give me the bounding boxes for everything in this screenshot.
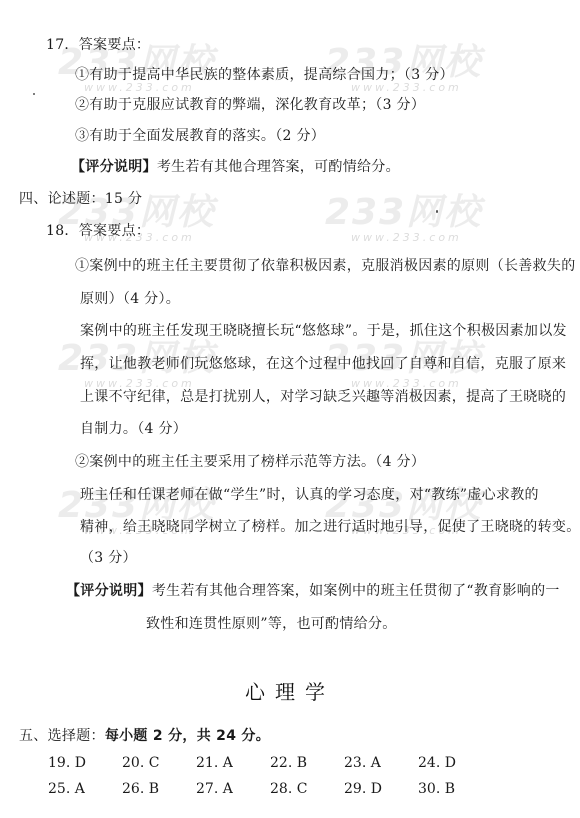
q17-point-3: ③有助于全面发展教育的落实。（2 分） bbox=[75, 127, 325, 145]
watermark-logo: 233网校 www.233.com bbox=[325, 194, 482, 244]
answer-choice: D bbox=[445, 755, 456, 771]
answer-item: 20. C bbox=[122, 754, 196, 780]
answer-item: 27. A bbox=[196, 780, 270, 806]
answer-item: 22. B bbox=[270, 754, 344, 780]
answer-number: 28. bbox=[270, 781, 292, 797]
section5-title: 五、选择题：每小题 2 分，共 24 分。 bbox=[19, 727, 270, 745]
section5-rule: 每小题 2 分，共 24 分。 bbox=[105, 728, 270, 744]
answer-item: 25. A bbox=[48, 780, 122, 806]
answer-item: 29. D bbox=[344, 780, 418, 806]
q18-scoring-note-cont: 致性和连贯性原则”等，也可酌情给分。 bbox=[146, 615, 397, 633]
q18-scoring-note: 【评分说明】考生若有其他合理答案，如案例中的班主任贯彻了“教育影响的一 bbox=[66, 582, 560, 600]
answer-choice: B bbox=[297, 755, 307, 771]
q18-explain-1-line-4: 自制力。（4 分） bbox=[80, 420, 187, 438]
answer-number: 30. bbox=[418, 781, 440, 797]
answer-number: 23. bbox=[344, 755, 366, 771]
answer-number: 27. bbox=[196, 781, 218, 797]
answer-number: 22. bbox=[270, 755, 292, 771]
q17-point-1: ①有助于提高中华民族的整体素质，提高综合国力；（3 分） bbox=[75, 66, 454, 84]
answer-number: 24. bbox=[418, 755, 440, 771]
q18-explain-2-line-2: 精神，给王晓晓同学树立了榜样。加之进行适时地引导，促使了王晓晓的转变。 bbox=[80, 518, 580, 536]
answer-choice: A bbox=[223, 781, 233, 797]
answer-item: 19. D bbox=[48, 754, 122, 780]
answer-number: 25. bbox=[48, 781, 70, 797]
answer-choice: D bbox=[75, 755, 86, 771]
q18-explain-2-line-3: （3 分） bbox=[80, 549, 137, 567]
q17-scoring-note: 【评分说明】考生若有其他合理答案，可酌情给分。 bbox=[71, 158, 400, 176]
answer-choice: C bbox=[149, 755, 160, 771]
answer-choice: A bbox=[371, 755, 381, 771]
answer-choice: C bbox=[297, 781, 308, 797]
answer-item: 28. C bbox=[270, 780, 344, 806]
answer-choice: B bbox=[149, 781, 159, 797]
section-heading-psychology: 心理学 bbox=[0, 676, 580, 705]
scan-speck bbox=[436, 210, 438, 213]
q18-explain-1-line-1: 案例中的班主任发现王晓晓擅长玩“悠悠球”。于是，抓住这个积极因素加以发 bbox=[80, 322, 567, 340]
q18-explain-1-line-3: 上课不守纪律，总是打扰别人，对学习缺乏兴趣等消极因素，提高了王晓晓的 bbox=[80, 388, 566, 406]
watermark-brand: 233网校 bbox=[325, 194, 482, 232]
answer-number: 20. bbox=[122, 755, 144, 771]
section4-title: 四、论述题：15 分 bbox=[19, 190, 142, 208]
q18-title: 18．答案要点： bbox=[46, 222, 150, 240]
q18-explain-2-line-1: 班主任和任课老师在做“学生”时，认真的学习态度，对“教练”虚心求教的 bbox=[80, 486, 539, 504]
answer-row: 19. D 20. C 21. A 22. B 23. A 24. D bbox=[48, 754, 492, 780]
answer-choice: B bbox=[445, 781, 455, 797]
q17-note-text: 考生若有其他合理答案，可酌情给分。 bbox=[157, 159, 400, 175]
q17-title: 17．答案要点： bbox=[46, 36, 150, 54]
q18-point-2: ②案例中的班主任主要采用了榜样示范等方法。（4 分） bbox=[75, 453, 425, 471]
watermark-url: www.233.com bbox=[351, 232, 482, 244]
answer-row: 25. A 26. B 27. A 28. C 29. D 30. B bbox=[48, 780, 492, 806]
answer-number: 29. bbox=[344, 781, 366, 797]
section5-label: 五、选择题： bbox=[19, 728, 105, 744]
q18-note-text-1: 考生若有其他合理答案，如案例中的班主任贯彻了“教育影响的一 bbox=[152, 583, 560, 599]
answer-item: 21. A bbox=[196, 754, 270, 780]
answer-item: 30. B bbox=[418, 780, 492, 806]
answer-choice: A bbox=[75, 781, 85, 797]
answer-number: 19. bbox=[48, 755, 70, 771]
q18-explain-1-line-2: 挥，让他教老师们玩悠悠球，在这个过程中他找回了自尊和自信，克服了原来 bbox=[80, 355, 566, 373]
q18-point-1-cont: 原则）（4 分）。 bbox=[80, 290, 180, 308]
answer-grid: 19. D 20. C 21. A 22. B 23. A 24. D 25. … bbox=[48, 754, 492, 806]
answer-item: 26. B bbox=[122, 780, 196, 806]
q17-note-label: 【评分说明】 bbox=[71, 159, 157, 175]
answer-number: 21. bbox=[196, 755, 218, 771]
answer-item: 24. D bbox=[418, 754, 492, 780]
answer-choice: A bbox=[223, 755, 233, 771]
answer-choice: D bbox=[371, 781, 382, 797]
answer-item: 23. A bbox=[344, 754, 418, 780]
q17-point-2: ②有助于克服应试教育的弊端，深化教育改革；（3 分） bbox=[75, 96, 425, 114]
q18-note-label: 【评分说明】 bbox=[66, 583, 152, 599]
answer-number: 26. bbox=[122, 781, 144, 797]
q18-point-1: ①案例中的班主任主要贯彻了依靠积极因素，克服消极因素的原则（长善救失的 bbox=[75, 257, 576, 275]
scan-speck bbox=[33, 93, 35, 95]
